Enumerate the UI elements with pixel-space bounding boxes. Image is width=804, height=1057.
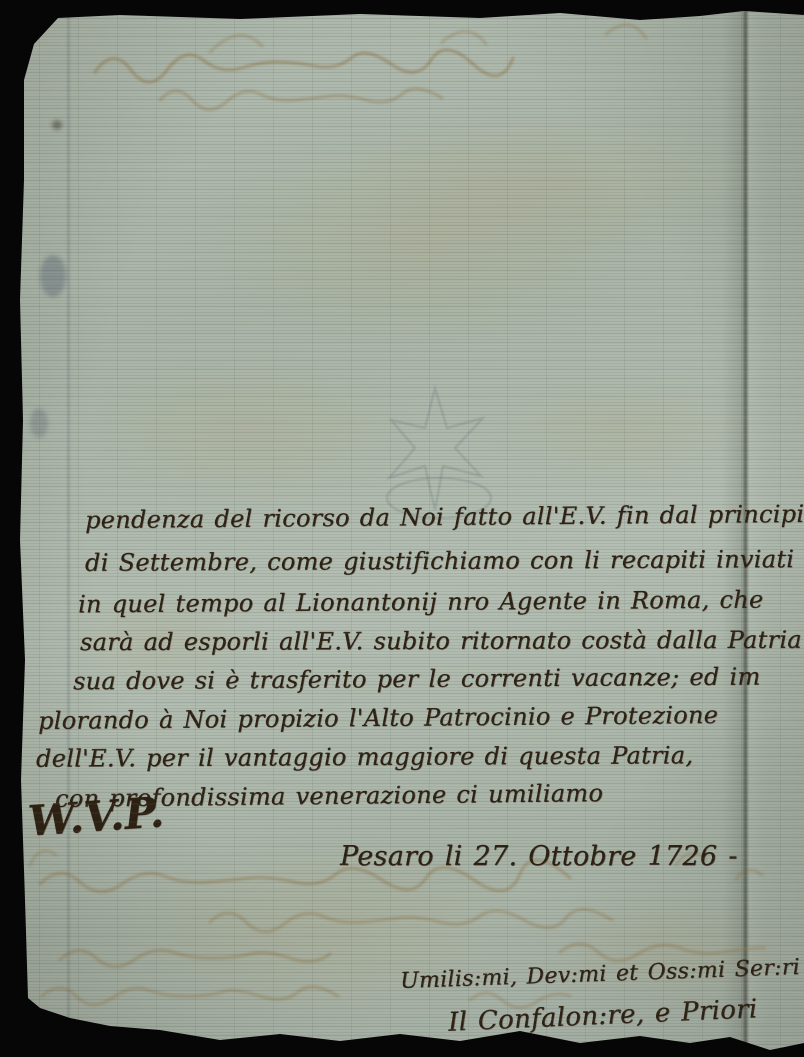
ink-showthrough	[0, 0, 804, 1057]
closing-formula: Umilis:mi, Dev:mi et Oss:mi Ser:ri	[400, 955, 801, 994]
monogram-flourish: W.V.P.	[26, 787, 165, 845]
ink-speck	[52, 120, 62, 130]
body-line: dell'E.V. per il vantaggio maggiore di q…	[36, 741, 693, 772]
signature: Il Confalon:re, e Priori	[447, 994, 758, 1037]
ink-smudge	[40, 255, 66, 297]
body-line: sua dove si è trasferito per le correnti…	[73, 663, 761, 696]
star-watermark	[355, 370, 515, 530]
paper-sheet: pendenza del ricorso da Noi fatto all'E.…	[0, 0, 804, 1057]
body-line: di Settembre, come giustifichiamo con li…	[85, 545, 794, 577]
body-line: pendenza del ricorso da Noi fatto all'E.…	[85, 500, 804, 534]
fold-crease-right	[742, 10, 749, 1049]
body-line: sarà ad esporli all'E.V. subito ritornat…	[80, 626, 802, 657]
body-line: con profondissima venerazione ci umiliam…	[55, 779, 603, 813]
body-line: plorando à Noi propizio l'Alto Patrocini…	[38, 701, 718, 735]
vertical-crease-left	[66, 14, 71, 1027]
body-line: in quel tempo al Lionantonij nro Agente …	[78, 586, 764, 619]
fold-shading	[722, 10, 766, 1049]
ink-smudge	[30, 408, 48, 438]
manuscript-scan: pendenza del ricorso da Noi fatto all'E.…	[0, 0, 804, 1057]
dateline: Pesaro li 27. Ottobre 1726 -	[340, 841, 738, 872]
